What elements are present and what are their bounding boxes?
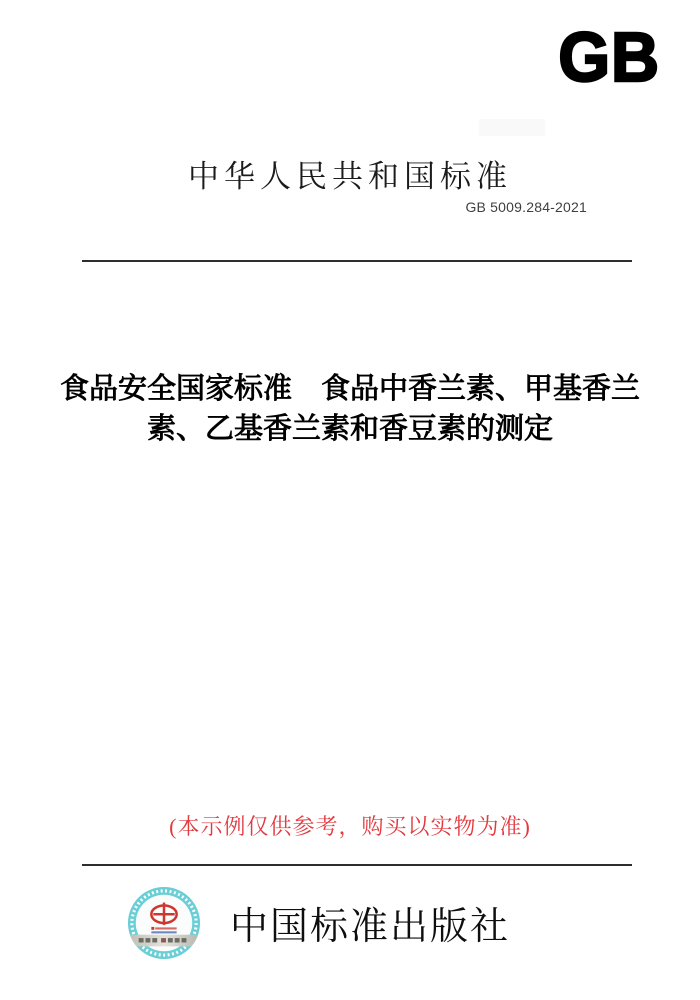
- faint-watermark-remnant: [479, 119, 545, 136]
- national-standard-heading: 中华人民共和国标准: [0, 151, 700, 196]
- standard-cover-page: GB 中华人民共和国标准 GB 5009.284-2021 食品安全国家标准 食…: [0, 0, 700, 1000]
- publisher-footer: 中国标准出版社: [0, 884, 700, 964]
- document-title-line2: 素、乙基香兰素和香豆素的测定: [30, 409, 670, 449]
- anti-counterfeit-badge-icon: [127, 886, 201, 960]
- standard-number: GB 5009.284-2021: [465, 199, 587, 215]
- document-title-line1: 食品安全国家标准 食品中香兰素、甲基香兰: [30, 369, 670, 409]
- publisher-name: 中国标准出版社: [230, 895, 510, 950]
- bottom-divider-line: [82, 864, 632, 866]
- top-divider-line: [82, 260, 632, 262]
- gb-mark: GB: [558, 22, 660, 92]
- sample-disclaimer-notice: (本示例仅供参考，购买以实物为准): [0, 810, 700, 841]
- document-title: 食品安全国家标准 食品中香兰素、甲基香兰 素、乙基香兰素和香豆素的测定: [30, 369, 670, 449]
